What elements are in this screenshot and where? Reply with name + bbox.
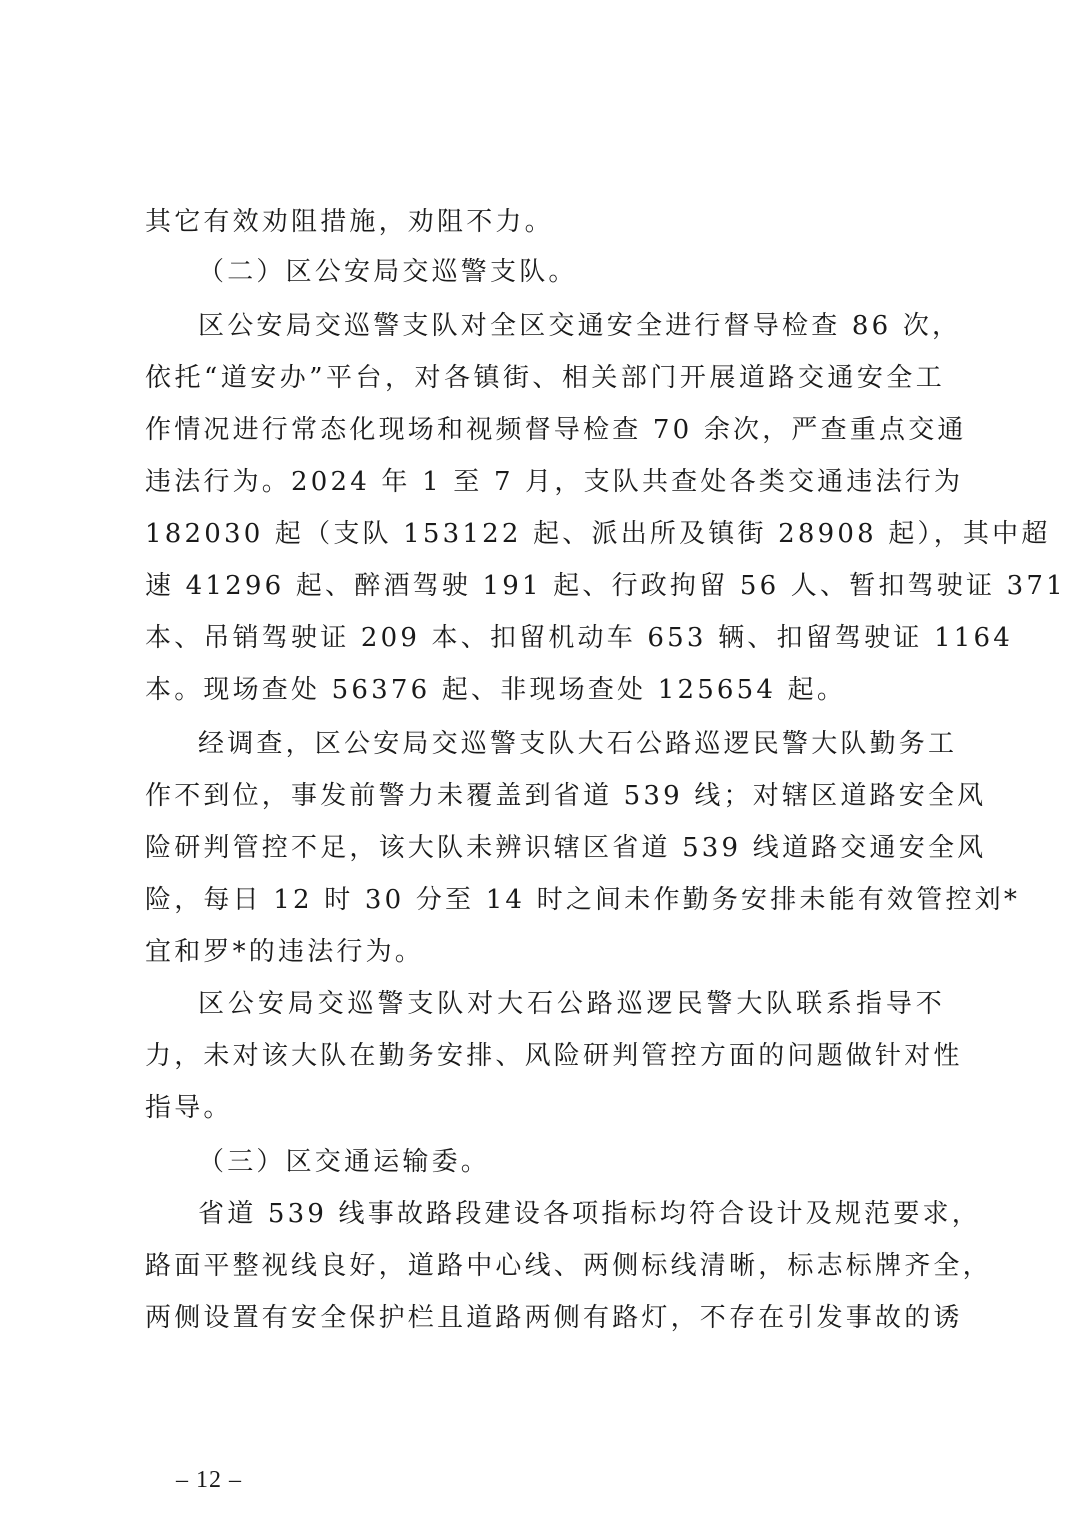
section-heading-2: （二）区公安局交巡警支队。 xyxy=(198,246,945,298)
paragraph-line: 路面平整视线良好，道路中心线、两侧标线清晰，标志标牌齐全， xyxy=(145,1240,945,1292)
paragraph-line: 速 41296 起、醉酒驾驶 191 起、行政拘留 56 人、暂扣驾驶证 371 xyxy=(145,560,945,612)
paragraph-line: 区公安局交巡警支队对全区交通安全进行督导检查 86 次， xyxy=(198,300,945,352)
paragraph-line: 经调查，区公安局交巡警支队大石公路巡逻民警大队勤务工 xyxy=(198,718,945,770)
paragraph-line: 违法行为。2024 年 1 至 7 月，支队共查处各类交通违法行为 xyxy=(145,456,945,508)
paragraph-line: 其它有效劝阻措施，劝阻不力。 xyxy=(145,196,945,248)
paragraph-line: 区公安局交巡警支队对大石公路巡逻民警大队联系指导不 xyxy=(198,978,945,1030)
paragraph-line: 本、吊销驾驶证 209 本、扣留机动车 653 辆、扣留驾驶证 1164 xyxy=(145,612,945,664)
paragraph-line: 险研判管控不足，该大队未辨识辖区省道 539 线道路交通安全风 xyxy=(145,822,945,874)
paragraph-line: 两侧设置有安全保护栏且道路两侧有路灯，不存在引发事故的诱 xyxy=(145,1292,945,1344)
paragraph-line: 依托“道安办”平台，对各镇街、相关部门开展道路交通安全工 xyxy=(145,352,945,404)
paragraph-line: 作情况进行常态化现场和视频督导检查 70 余次，严查重点交通 xyxy=(145,404,945,456)
page-number: – 12 – xyxy=(176,1464,242,1496)
paragraph-line: 险，每日 12 时 30 分至 14 时之间未作勤务安排未能有效管控刘* xyxy=(145,874,945,926)
paragraph-line: 力，未对该大队在勤务安排、风险研判管控方面的问题做针对性 xyxy=(145,1030,945,1082)
paragraph-line: 182030 起（支队 153122 起、派出所及镇街 28908 起），其中超 xyxy=(145,508,945,560)
paragraph-line: 省道 539 线事故路段建设各项指标均符合设计及规范要求， xyxy=(198,1188,945,1240)
paragraph-line: 本。现场查处 56376 起、非现场查处 125654 起。 xyxy=(145,664,945,716)
paragraph-line: 指导。 xyxy=(145,1082,945,1134)
paragraph-line: 宜和罗*的违法行为。 xyxy=(145,926,945,978)
section-heading-3: （三）区交通运输委。 xyxy=(198,1136,945,1188)
paragraph-line: 作不到位，事发前警力未覆盖到省道 539 线；对辖区道路安全风 xyxy=(145,770,945,822)
document-page: 其它有效劝阻措施，劝阻不力。 （二）区公安局交巡警支队。 区公安局交巡警支队对全… xyxy=(0,0,1074,1520)
